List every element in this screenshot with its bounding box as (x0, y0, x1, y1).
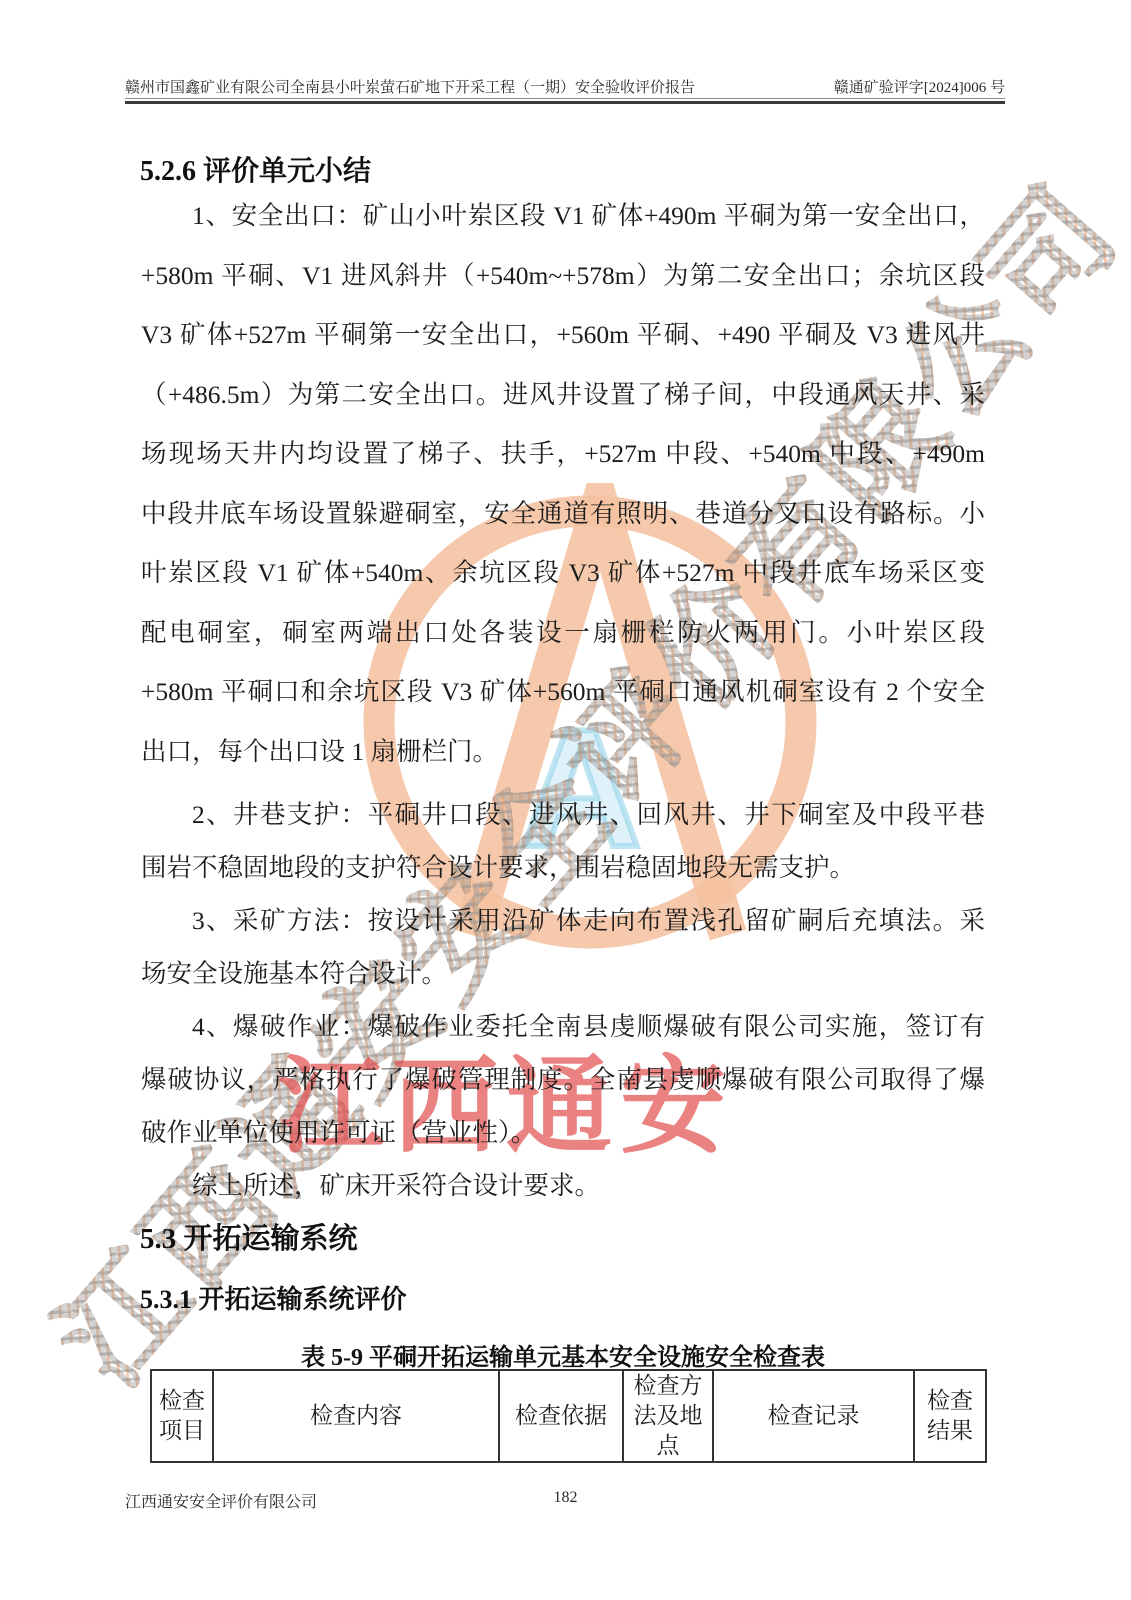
paragraph-line: 1、安全出口：矿山小叶岽区段 V1 矿体+490m 平硐为第一安全出口， (141, 186, 985, 246)
table-header-cell: 检查记录 (713, 1370, 914, 1462)
paragraph-mining-method: 3、采矿方法：按设计采用沿矿体走向布置浅孔留矿嗣后充填法。采 场安全设施基本符合… (141, 894, 985, 1000)
table-header-cell: 检查内容 (213, 1370, 499, 1462)
paragraph-line: 综上所述，矿床开采符合设计要求。 (141, 1159, 985, 1212)
table-header-cell: 检查项目 (151, 1370, 213, 1462)
table-header-cell: 检查结果 (914, 1370, 986, 1462)
paragraph-line: 破作业单位使用许可证（营业性）。 (141, 1106, 985, 1159)
paragraph-conclusion: 综上所述，矿床开采符合设计要求。 (141, 1159, 985, 1212)
running-header-doc-number: 赣通矿验评字[2024]006 号 (834, 76, 1005, 97)
page-content: 赣州市国鑫矿业有限公司全南县小叶岽萤石矿地下开采工程（一期）安全验收评价报告 赣… (0, 0, 1131, 1600)
table-header-cell: 检查方法及地点 (623, 1370, 713, 1462)
table-header-row: 检查项目 检查内容 检查依据 检查方法及地点 检查记录 检查结果 (151, 1370, 986, 1462)
paragraph-line: 4、爆破作业：爆破作业委托全南县虔顺爆破有限公司实施，签订有 (141, 1000, 985, 1053)
paragraph-line: 2、井巷支护：平硐井口段、进风井、回风井、井下硐室及中段平巷 (141, 788, 985, 841)
paragraph-line: 3、采矿方法：按设计采用沿矿体走向布置浅孔留矿嗣后充填法。采 (141, 894, 985, 947)
table-caption: 表 5-9 平硐开拓运输单元基本安全设施安全检查表 (141, 1337, 985, 1372)
paragraph-line: 中段井底车场设置躲避硐室，安全通道有照明、巷道分叉口设有路标。小 (141, 484, 985, 544)
paragraph-line: V3 矿体+527m 平硐第一安全出口，+560m 平硐、+490 平硐及 V3… (141, 305, 985, 365)
table-header-cell: 检查依据 (499, 1370, 623, 1462)
section-heading-5-3: 5.3 开拓运输系统 (140, 1216, 985, 1257)
footer-page-number: 182 (0, 1489, 1131, 1507)
paragraph-line: 围岩不稳固地段的支护符合设计要求，围岩稳固地段无需支护。 (141, 841, 985, 894)
report-page: A 江西通安安全评价有限公司 江西通安 赣州市国鑫矿业有限公司全南县小叶岽萤石矿… (0, 0, 1131, 1600)
paragraph-line: 爆破协议，严格执行了爆破管理制度。全南县虔顺爆破有限公司取得了爆 (141, 1053, 985, 1106)
inspection-table: 检查项目 检查内容 检查依据 检查方法及地点 检查记录 检查结果 (150, 1369, 987, 1463)
paragraph-line: 场安全设施基本符合设计。 (141, 947, 985, 1000)
paragraph-line: +580m 平硐口和余坑区段 V3 矿体+560m 平硐口通风机硐室设有 2 个… (141, 662, 985, 722)
paragraph-blasting: 4、爆破作业：爆破作业委托全南县虔顺爆破有限公司实施，签订有 爆破协议，严格执行… (141, 1000, 985, 1159)
paragraph-line: +580m 平硐、V1 进风斜井（+540m~+578m）为第二安全出口；余坑区… (141, 246, 985, 306)
paragraph-line: 场现场天井内均设置了梯子、扶手，+527m 中段、+540m 中段、+490m (141, 424, 985, 484)
paragraph-line: 出口，每个出口设 1 扇栅栏门。 (141, 722, 985, 782)
section-heading-5-2-6: 5.2.6 评价单元小结 (140, 149, 985, 189)
section-heading-5-3-1: 5.3.1 开拓运输系统评价 (140, 1279, 985, 1316)
running-header-title: 赣州市国鑫矿业有限公司全南县小叶岽萤石矿地下开采工程（一期）安全验收评价报告 (125, 76, 695, 97)
paragraph-line: 叶岽区段 V1 矿体+540m、余坑区段 V3 矿体+527m 中段井底车场采区… (141, 543, 985, 603)
paragraph-line: （+486.5m）为第二安全出口。进风井设置了梯子间，中段通风天井、采 (141, 365, 985, 425)
paragraph-shaft-support: 2、井巷支护：平硐井口段、进风井、回风井、井下硐室及中段平巷 围岩不稳固地段的支… (141, 788, 985, 894)
paragraph-line: 配电硐室，硐室两端出口处各装设一扇栅栏防火两用门。小叶岽区段 (141, 603, 985, 663)
paragraph-safety-exits: 1、安全出口：矿山小叶岽区段 V1 矿体+490m 平硐为第一安全出口， +58… (141, 186, 985, 781)
header-rule (125, 98, 1005, 104)
